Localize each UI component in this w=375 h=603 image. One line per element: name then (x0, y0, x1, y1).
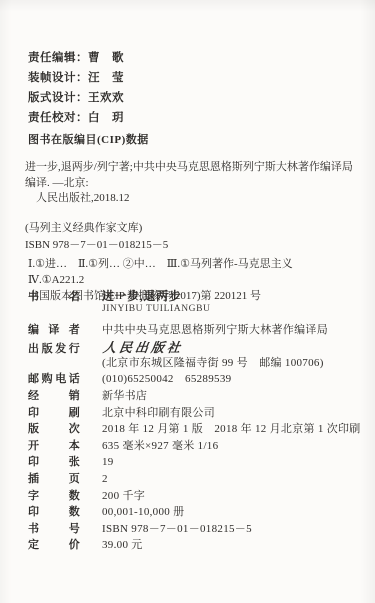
detail-row-book-title: 书名 进一步,退两步 (28, 287, 361, 304)
detail-row-format: 开本 635 毫米×927 毫米 1/16 (28, 437, 361, 454)
detail-row-printer: 印刷 北京中科印刷有限公司 (28, 404, 361, 421)
detail-label: 字数 (28, 487, 80, 503)
print-run: 00,001-10,000 册 (102, 503, 184, 519)
staff-label: 责任校对： (28, 112, 88, 124)
publisher-logotype: 人民出版社 (102, 337, 185, 356)
cip-block: 图书在版编目(CIP)数据 进一步,退两步/列宁著;中共中央马克思恩格斯列宁斯大… (25, 131, 357, 305)
detail-row-address: (北京市东城区隆福寺街 99 号 邮编 100706) (28, 354, 361, 371)
detail-label: 印刷 (28, 404, 80, 420)
format-size: 635 毫米×927 毫米 1/16 (102, 437, 218, 453)
detail-row-isbn: 书号 ISBN 978－7－01－018215－5 (28, 520, 361, 537)
staff-row: 责任编辑：曹 歌 (28, 48, 124, 68)
detail-label: 印数 (28, 503, 80, 519)
book-isbn: ISBN 978－7－01－018215－5 (102, 520, 252, 536)
staff-row: 版式设计：王欢欢 (28, 88, 124, 108)
cip-isbn: ISBN 978－7－01－018215－5 (25, 238, 357, 254)
staff-name: 汪 莹 (88, 72, 124, 84)
detail-label: 开本 (28, 437, 80, 453)
staff-label: 装帧设计： (28, 72, 88, 84)
staff-label: 责任编辑： (28, 52, 88, 64)
price: 39.00 元 (102, 536, 143, 552)
detail-label: 编译者 (28, 321, 80, 337)
detail-label: 插页 (28, 470, 80, 486)
detail-label: 定价 (28, 536, 80, 552)
printed-sheets: 19 (102, 456, 114, 468)
edition: 2018 年 12 月第 1 版 2018 年 12 月北京第 1 次印刷 (102, 420, 361, 436)
detail-label: 书号 (28, 520, 80, 536)
cip-title: 图书在版编目(CIP)数据 (28, 131, 357, 147)
cip-series: (马列主义经典作家文库) (25, 221, 357, 237)
publication-details-block: 书名 进一步,退两步 JINYIBU TUILIANGBU 编译者 中共中央马克… (28, 287, 361, 553)
detail-label: 版次 (28, 420, 80, 436)
detail-label: 出版发行 (28, 340, 80, 356)
detail-row-publisher: 出版发行 人民出版社 (28, 337, 361, 354)
printer: 北京中科印刷有限公司 (102, 404, 215, 420)
translator: 中共中央马克思恩格斯列宁斯大林著作编译局 (102, 321, 328, 337)
cip-description-line1: 进一步,退两步/列宁著;中共中央马克思恩格斯列宁斯大林著作编译局编译. —北京: (25, 160, 357, 191)
book-title-pinyin: JINYIBU TUILIANGBU (102, 304, 211, 314)
staff-row: 责任校对：白 玥 (28, 108, 124, 128)
book-copyright-page: 责任编辑：曹 歌 装帧设计：汪 莹 版式设计：王欢欢 责任校对：白 玥 图书在版… (0, 0, 375, 603)
staff-name: 曹 歌 (88, 52, 124, 64)
detail-row-translator: 编译者 中共中央马克思恩格斯列宁斯大林著作编译局 (28, 321, 361, 338)
detail-row-sheets: 印张 19 (28, 453, 361, 470)
detail-label: 印张 (28, 453, 80, 469)
detail-row-distributor: 经销 新华书店 (28, 387, 361, 404)
staff-credits-block: 责任编辑：曹 歌 装帧设计：汪 莹 版式设计：王欢欢 责任校对：白 玥 (28, 48, 124, 128)
detail-row-edition: 版次 2018 年 12 月第 1 版 2018 年 12 月北京第 1 次印刷 (28, 420, 361, 437)
detail-row-printrun: 印数 00,001-10,000 册 (28, 503, 361, 520)
detail-row-price: 定价 39.00 元 (28, 536, 361, 553)
distributor: 新华书店 (102, 387, 147, 403)
mail-order-phone: (010)65250042 65289539 (102, 370, 231, 386)
word-count: 200 千字 (102, 487, 145, 503)
insert-pages: 2 (102, 473, 108, 485)
cip-classification: Ⅰ.①进… Ⅱ.①列… ②中… Ⅲ.①马列著作-马克思主义 Ⅳ.①A221.2 (28, 257, 357, 288)
book-title: 进一步,退两步 (102, 287, 181, 304)
staff-name: 王欢欢 (88, 92, 124, 104)
detail-row-inserts: 插页 2 (28, 470, 361, 487)
detail-label: 邮购电话 (28, 370, 80, 386)
detail-row-pinyin: JINYIBU TUILIANGBU (28, 304, 361, 321)
detail-label: 书名 (28, 288, 80, 304)
detail-row-phone: 邮购电话 (010)65250042 65289539 (28, 370, 361, 387)
staff-name: 白 玥 (88, 112, 124, 124)
detail-label: 经销 (28, 387, 80, 403)
publisher-address: (北京市东城区隆福寺街 99 号 邮编 100706) (102, 354, 324, 370)
cip-description-line2: 人民出版社,2018.12 (25, 191, 357, 207)
staff-label: 版式设计： (28, 92, 88, 104)
staff-row: 装帧设计：汪 莹 (28, 68, 124, 88)
detail-row-wordcount: 字数 200 千字 (28, 487, 361, 504)
